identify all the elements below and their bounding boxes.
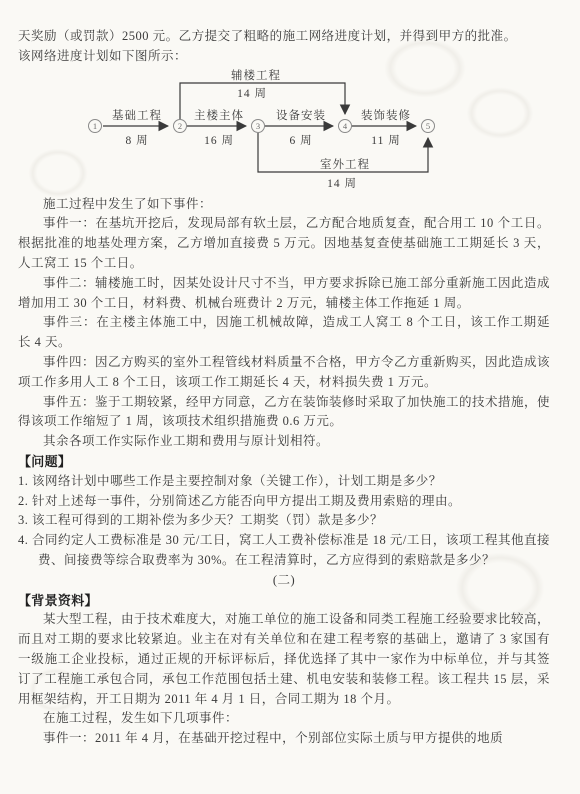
questions-heading: 【问题】 <box>18 452 550 472</box>
network-schedule-diagram: 1 2 3 4 5 基础工程 8 周 主楼主体 16 周 设备安装 6 周 装饰… <box>18 68 548 194</box>
section-divider: (二) <box>18 571 550 591</box>
activity-duration: 14 周 <box>237 87 267 100</box>
events-footer: 其余各项工作实际作业工期和费用与原计划相符。 <box>18 432 550 452</box>
node-number: 3 <box>256 121 260 131</box>
activity-name: 装饰装修 <box>361 108 411 122</box>
node-number: 5 <box>426 121 430 131</box>
activity-duration: 14 周 <box>327 177 357 190</box>
event-paragraph: 事件五：鉴于工期较紧，经甲方同意，乙方在装饰装修时采取了加快施工的技术措施，使得… <box>18 393 550 433</box>
background-paragraph: 事件一：2011 年 4 月，在基础开挖过程中，个别部位实际土质与甲方提供的地质 <box>18 729 550 749</box>
activity-duration: 16 周 <box>204 134 234 147</box>
node-number: 2 <box>178 121 182 131</box>
scanned-document-page: 天奖励（或罚款）2500 元。乙方提交了粗略的施工网络进度计划，并得到甲方的批准… <box>0 0 580 794</box>
question-item: 4. 合同约定人工费标准是 30 元/工日，窝工人工费补偿标准是 18 元/工日… <box>18 531 550 571</box>
background-heading: 【背景资料】 <box>18 591 550 611</box>
intro-line: 天奖励（或罚款）2500 元。乙方提交了粗略的施工网络进度计划，并得到甲方的批准… <box>18 27 550 47</box>
activity-duration: 8 周 <box>125 134 148 147</box>
event-paragraph: 事件一：在基坑开挖后，发现局部有软土层，乙方配合地质复查，配合用工 10 个工日… <box>18 214 550 273</box>
question-item: 1. 该网络计划中哪些工作是主要控制对象（关键工作），计划工期是多少？ <box>18 472 550 492</box>
event-paragraph: 事件二：辅楼施工时，因某处设计尺寸不当，甲方要求拆除已施工部分重新施工因此造成增… <box>18 274 550 314</box>
activity-name: 室外工程 <box>320 157 370 171</box>
question-item: 3. 该工程可得到的工期补偿为多少天？工期奖（罚）款是多少？ <box>18 511 550 531</box>
activity-name: 设备安装 <box>276 108 326 122</box>
activity-name: 辅楼工程 <box>231 68 281 82</box>
activity-name: 基础工程 <box>112 108 162 122</box>
node-number: 1 <box>93 121 97 131</box>
event-paragraph: 事件三：在主楼主体施工中，因施工机械故障，造成工人窝工 8 个工日，该工作工期延… <box>18 313 550 353</box>
node-number: 4 <box>343 121 348 131</box>
intro-line: 该网络进度计划如下图所示： <box>18 47 550 67</box>
activity-duration: 11 周 <box>371 134 400 147</box>
question-item: 2. 针对上述每一事件，分别简述乙方能否向甲方提出工期及费用索赔的理由。 <box>18 492 550 512</box>
events-intro: 施工过程中发生了如下事件： <box>18 195 550 215</box>
background-paragraph: 在施工过程，发生如下几项事件： <box>18 709 550 729</box>
event-paragraph: 事件四：因乙方购买的室外工程管线材料质量不合格，甲方令乙方重新购买，因此造成该项… <box>18 353 550 393</box>
activity-duration: 6 周 <box>289 134 312 147</box>
background-paragraph: 某大型工程，由于技术难度大，对施工单位的施工设备和同类工程施工经验要求比较高，而… <box>18 610 550 709</box>
activity-name: 主楼主体 <box>194 108 244 122</box>
